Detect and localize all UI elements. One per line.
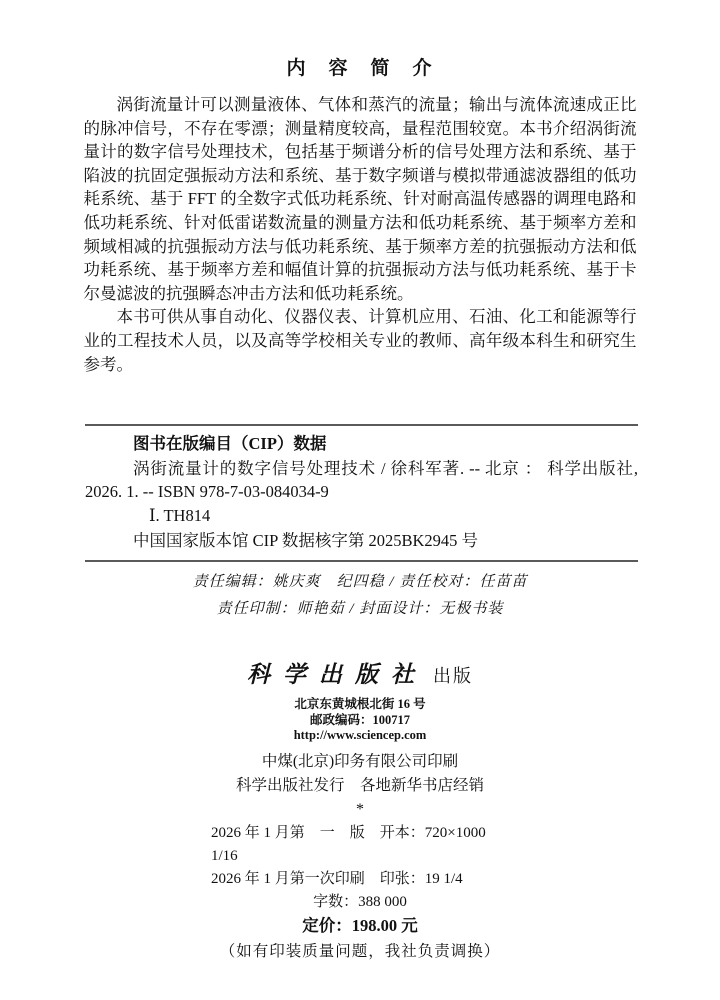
- exchange-notice: （如有印装质量问题，我社负责调换）: [0, 940, 720, 964]
- summary-paragraph-1: 涡街流量计可以测量液体、气体和蒸汽的流量；输出与流体流速成正比的脉冲信号，不存在…: [84, 93, 637, 305]
- cip-data-box: 图书在版编目（CIP）数据 涡街流量计的数字信号处理技术 / 徐科军著. -- …: [85, 424, 638, 562]
- printer-line: 中煤(北京)印务有限公司印刷: [0, 751, 720, 773]
- publisher-website: http://www.sciencep.com: [0, 728, 720, 744]
- credits-print-design-line: 责任印制：师艳茹 / 封面设计：无极书装: [0, 596, 720, 623]
- summary-paragraph-2: 本书可供从事自动化、仪器仪表、计算机应用、石油、化工和能源等行业的工程技术人员，…: [84, 305, 637, 376]
- star-separator: *: [0, 799, 720, 821]
- content-summary: 涡街流量计可以测量液体、气体和蒸汽的流量；输出与流体流速成正比的脉冲信号，不存在…: [84, 93, 637, 376]
- publisher-logo: 科学出版社: [247, 662, 427, 687]
- word-count: 字数：388 000: [0, 891, 720, 913]
- edition-details: 2026 年 1 月第 一 版 开本：720×1000 1/16 2026 年 …: [211, 822, 509, 891]
- staff-credits: 责任编辑：姚庆爽 纪四稳 / 责任校对：任苗苗 责任印制：师艳茹 / 封面设计：…: [0, 569, 720, 623]
- publisher-logo-line: 科学出版社出版: [0, 661, 720, 692]
- book-copyright-page: 内 容 简 介 涡街流量计可以测量液体、气体和蒸汽的流量；输出与流体流速成正比的…: [0, 0, 720, 1000]
- credits-editors-line: 责任编辑：姚庆爽 纪四稳 / 责任校对：任苗苗: [0, 569, 720, 596]
- cip-classification-code: Ⅰ. TH814: [149, 503, 638, 528]
- cip-record-number: 中国国家版本馆 CIP 数据核字第 2025BK2945 号: [133, 528, 638, 553]
- cip-entry: 涡街流量计的数字信号处理技术 / 徐科军著. -- 北京 ： 科学出版社, 20…: [85, 458, 638, 503]
- printing-line: 2026 年 1 月第一次印刷 印张：19 1/4: [211, 868, 509, 891]
- publish-label: 出版: [433, 666, 473, 686]
- edition-line: 2026 年 1 月第 一 版 开本：720×1000 1/16: [211, 822, 509, 868]
- publisher-postcode: 邮政编码：100717: [0, 713, 720, 729]
- distribution-line: 科学出版社发行 各地新华书店经销: [0, 775, 720, 797]
- price: 定价：198.00 元: [0, 914, 720, 937]
- colophon: 科学出版社出版 北京东黄城根北街 16 号 邮政编码：100717 http:/…: [0, 661, 720, 964]
- publisher-address: 北京东黄城根北街 16 号: [0, 697, 720, 713]
- cip-heading: 图书在版编目（CIP）数据: [133, 431, 638, 456]
- page-title: 内 容 简 介: [0, 0, 720, 83]
